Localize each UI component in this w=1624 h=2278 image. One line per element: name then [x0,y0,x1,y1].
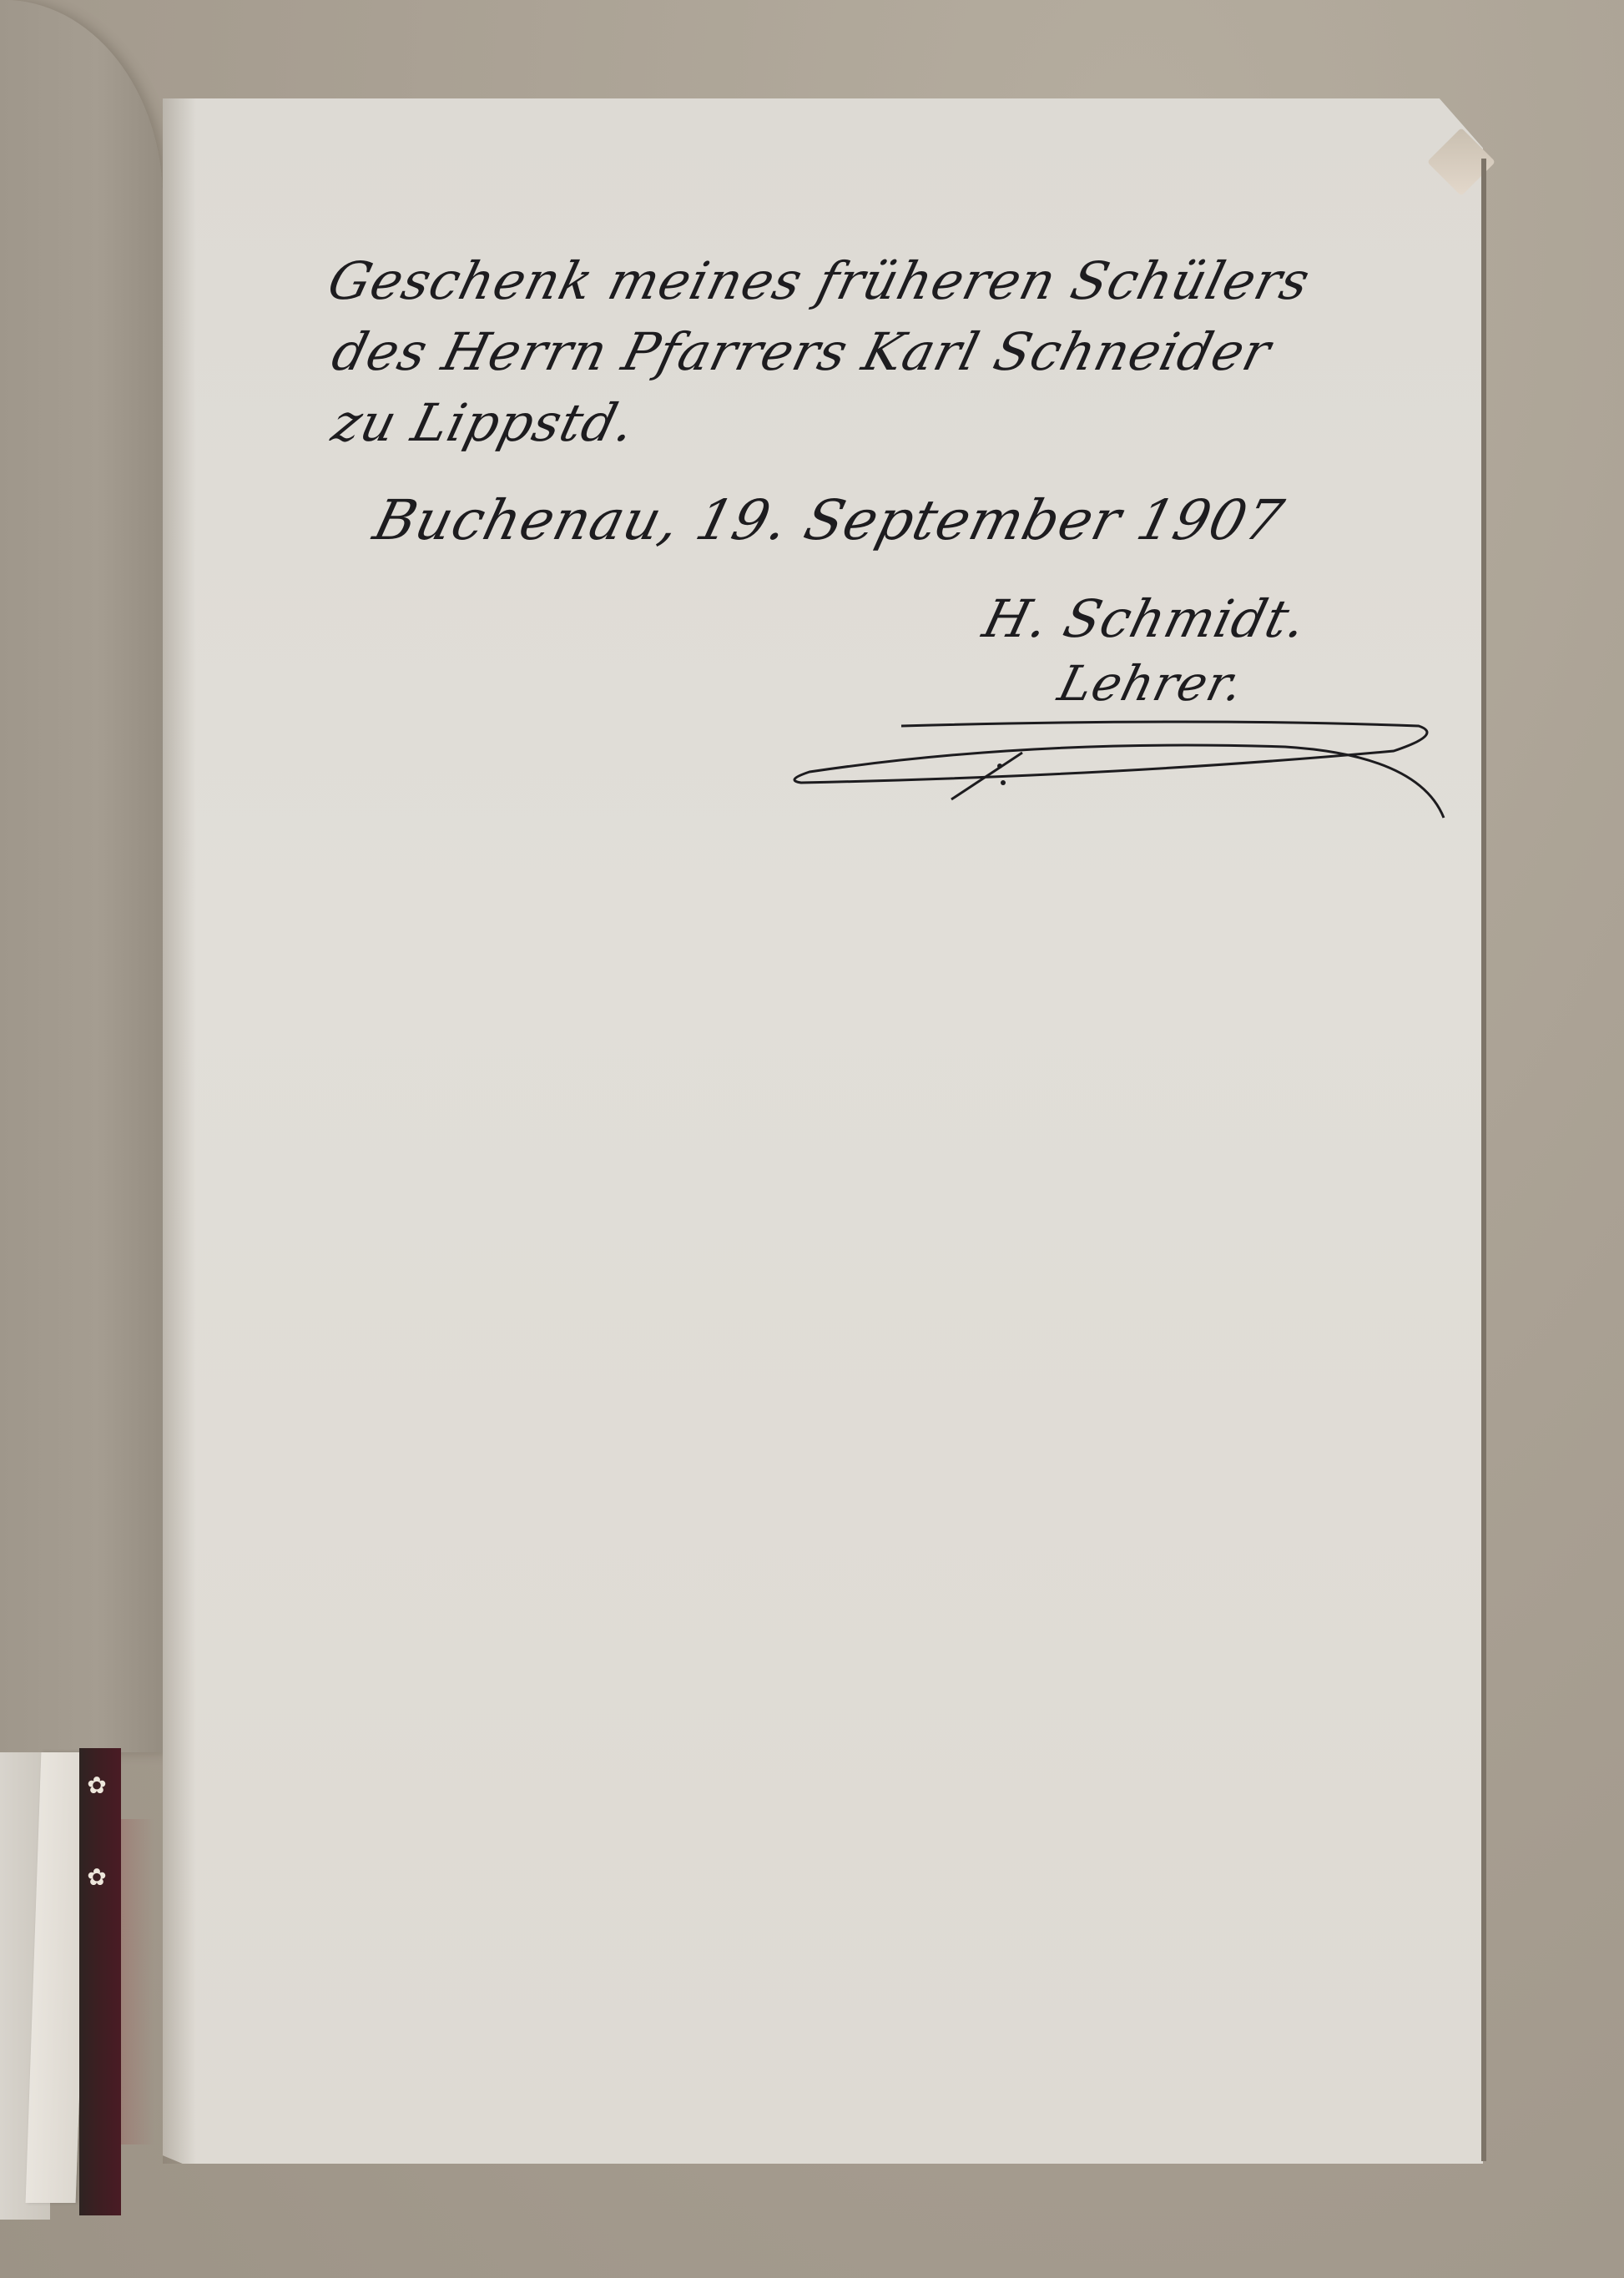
inscription-line-1: Geschenk meines früheren Schülers [322,250,1316,311]
inscription-line-2: des Herrn Pfarrers Karl Schneider [326,321,1278,382]
flower-pattern-icon: ✿ [84,1773,109,1798]
signature-flourish-icon [784,701,1452,834]
flower-pattern-icon: ✿ [84,1865,109,1890]
book-spine: ✿ ✿ [79,1748,121,2215]
inscription-line-3: zu Lippstd. [326,392,642,453]
place-date-line: Buchenau, 19. September 1907 [367,488,1289,552]
stain [121,1819,154,2144]
gutter-shadow [163,98,196,2164]
previous-page-curl [0,0,163,1752]
signature-name: H. Schmidt. [977,588,1314,649]
page-edge [1481,159,1486,2161]
